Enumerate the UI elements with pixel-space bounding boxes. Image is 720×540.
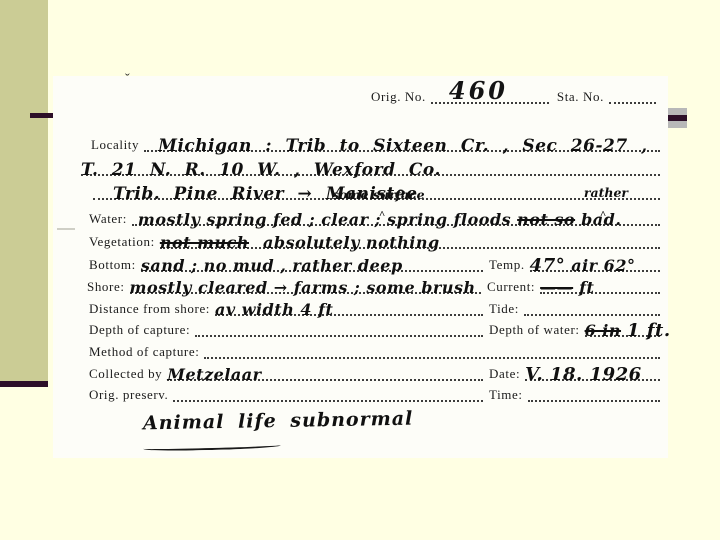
- sta-no-line: [609, 80, 656, 104]
- collected-line: Metzelaar: [167, 365, 483, 381]
- band-maroon-underline: [0, 381, 48, 387]
- orig-preserv-label: Orig. preserv.: [89, 387, 173, 402]
- pen-check-mark: ˇ: [125, 72, 130, 88]
- left-olive-band: [0, 0, 48, 381]
- orig-no-value: 460: [449, 76, 508, 105]
- township-row: T. 21 N. R. 10 W. , Wexford Co.: [81, 152, 660, 176]
- vegetation-row: Vegetation: not much absolutely nothing: [89, 225, 660, 249]
- distance-tide-row: Distance from shore: av width 4 ft Tide:: [89, 292, 660, 316]
- date-label: Date:: [489, 366, 525, 381]
- right-maroon-stripe: [667, 115, 687, 121]
- orig-preserv-field: Orig. preserv.: [89, 387, 483, 402]
- orig-no-line: 460: [431, 80, 549, 104]
- collected-field: Collected by Metzelaar: [89, 365, 483, 381]
- method-row: Method of capture:: [89, 337, 660, 359]
- collected-label: Collected by: [89, 366, 167, 381]
- orig-preserv-line: [173, 400, 483, 402]
- date-field: Date: V. 18. 1926: [483, 365, 660, 381]
- orig-no-label: Orig. No.: [371, 89, 431, 104]
- time-field: Time:: [483, 387, 660, 402]
- locality-row: Locality Michigan : Trib to Sixteen Cr. …: [91, 128, 660, 152]
- specimen-card-scan: ˇ Orig. No. 460 Sta. No. Locality Michig…: [53, 76, 668, 458]
- orig-sta-row: Orig. No. 460 Sta. No.: [371, 82, 656, 104]
- locality-line: Michigan : Trib to Sixteen Cr. , Sec 26-…: [144, 126, 660, 152]
- slide-canvas: ˇ Orig. No. 460 Sta. No. Locality Michig…: [0, 0, 720, 540]
- depth-row: Depth of capture: Depth of water: 6 in 1…: [89, 314, 660, 337]
- depth-capture-label: Depth of capture:: [89, 322, 195, 337]
- water-insert-some-surface: some surface: [332, 187, 425, 202]
- method-label: Method of capture:: [89, 344, 204, 359]
- time-label: Time:: [489, 387, 528, 402]
- handwritten-note: Animal life subnormal: [143, 408, 414, 435]
- note-underline-stroke: [143, 442, 281, 452]
- water-label: Water:: [89, 211, 132, 226]
- caret-mark: ^: [600, 209, 606, 221]
- time-line: [528, 400, 660, 402]
- title-maroon-dash: [30, 113, 53, 118]
- pencil-dash-mark: [57, 228, 75, 230]
- vegetation-line: not much absolutely nothing: [160, 223, 660, 249]
- water-insert-rather: rather: [584, 185, 628, 200]
- method-line: [204, 335, 660, 359]
- sta-no-label: Sta. No.: [549, 89, 609, 104]
- shore-current-row: Shore: mostly cleared → farms ; some bru…: [87, 270, 660, 294]
- township-line: T. 21 N. R. 10 W. , Wexford Co.: [81, 150, 660, 176]
- date-line: V. 18. 1926: [525, 365, 660, 381]
- preserv-time-row: Orig. preserv. Time:: [89, 380, 660, 402]
- collected-date-row: Collected by Metzelaar Date: V. 18. 1926: [89, 358, 660, 381]
- caret-mark: ^: [379, 209, 385, 221]
- right-gray-accent: [667, 108, 687, 128]
- vegetation-label: Vegetation:: [89, 234, 160, 249]
- bottom-temp-row: Bottom: sand ; no mud , rather deep Temp…: [89, 248, 660, 272]
